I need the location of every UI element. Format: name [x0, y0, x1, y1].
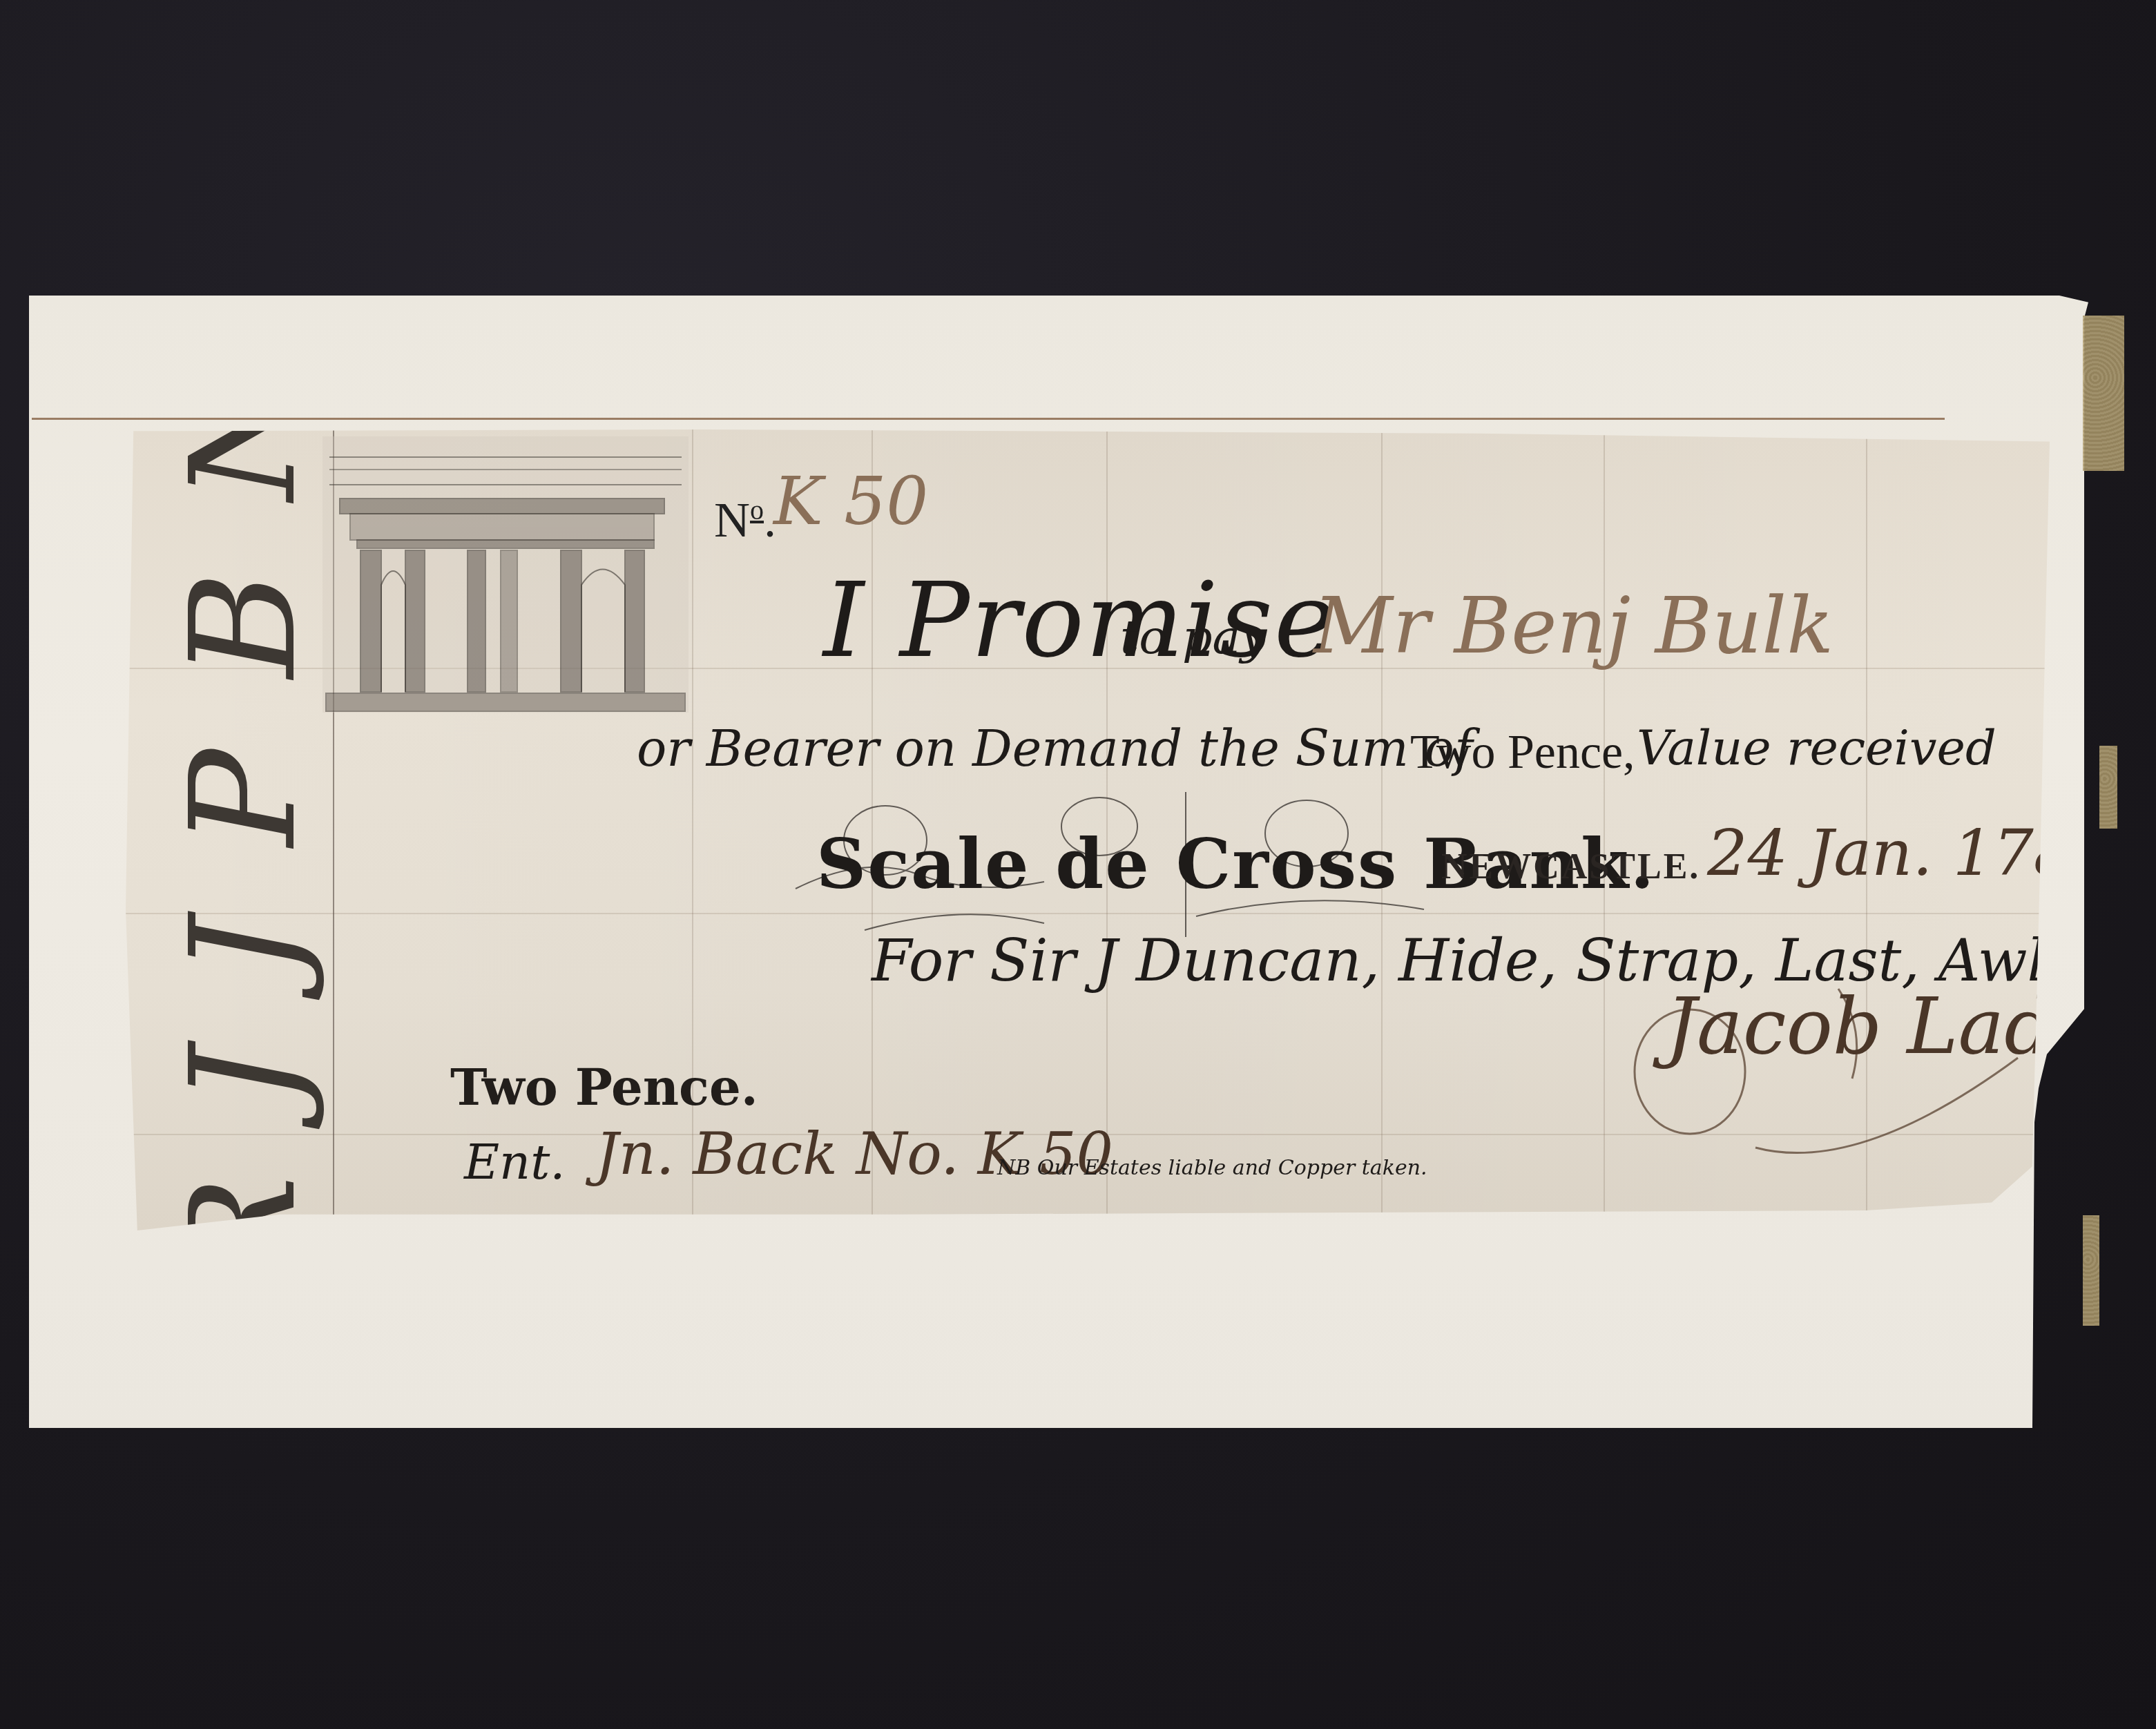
hinge-tape-top — [2083, 316, 2124, 471]
payee-name: Mr Benj Bulk — [1313, 581, 1833, 671]
denomination: Two Pence. — [450, 1058, 758, 1117]
serial-number-label: No. — [714, 492, 776, 549]
amount-inline: Two Pence, — [1410, 725, 1635, 780]
city-name: NEWCASTLE. — [1441, 847, 1700, 887]
hinge-tape-bottom — [2083, 1215, 2099, 1326]
colonnade-engraving-icon — [323, 436, 689, 713]
to-pay-text: to pay — [1120, 610, 1267, 665]
entered-label: Ent. — [464, 1134, 566, 1190]
banknote: C R J J P B N C N — [126, 429, 2059, 1230]
hinge-tape-middle — [2099, 746, 2117, 829]
bearer-text: or Bearer on Demand the Sum of — [637, 719, 1473, 777]
signature: Jacob Lad — [1666, 982, 2054, 1072]
side-monogram-panel: C R J J P B N C — [153, 429, 334, 1217]
mount-ruled-line — [32, 418, 1945, 420]
value-received-text: Value received — [1637, 719, 1996, 776]
footnote: NB Our Estates liable and Copper taken. — [997, 1156, 1427, 1180]
fold-line — [126, 913, 2059, 914]
serial-number-value: K 50 — [773, 463, 928, 540]
